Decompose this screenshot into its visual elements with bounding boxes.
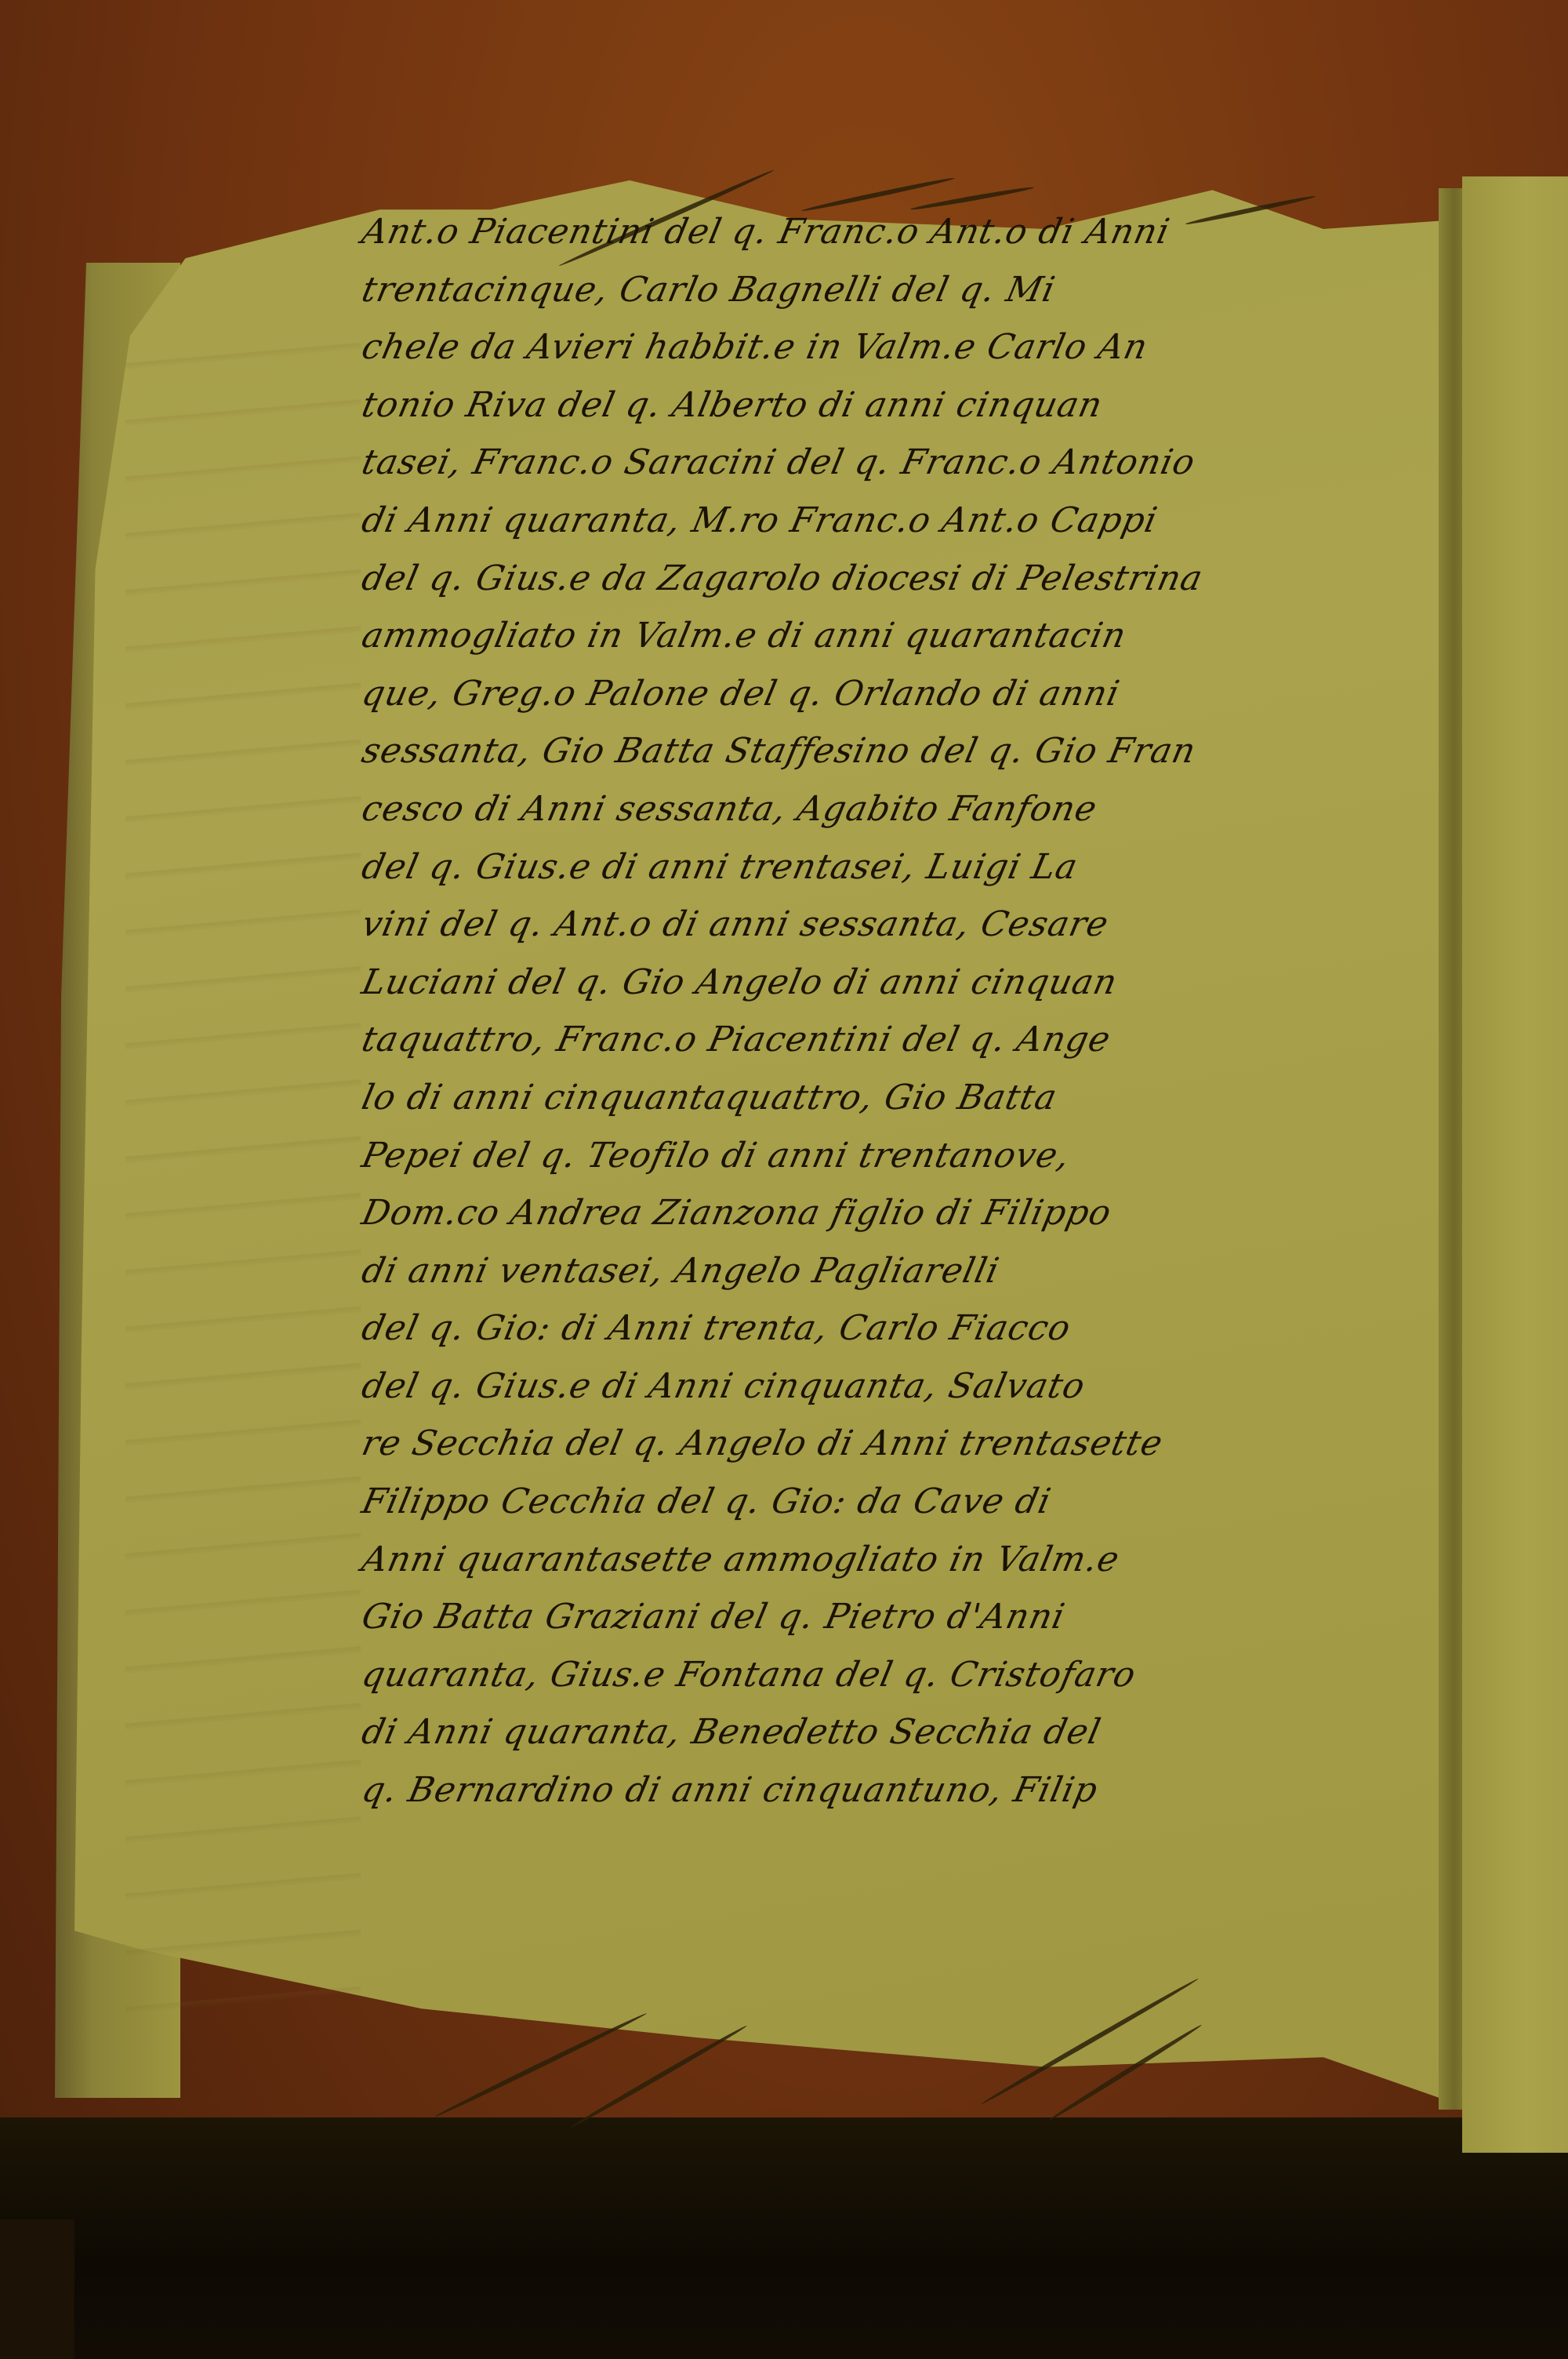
manuscript-line: di anni ventasei, Angelo Pagliarelli — [354, 1251, 1449, 1309]
ink-bleed-through-marks — [125, 314, 361, 2039]
manuscript-line: vini del q. Ant.o di anni sessanta, Cesa… — [354, 904, 1449, 962]
manuscript-line: cesco di Anni sessanta, Agabito Fanfone — [354, 789, 1449, 847]
manuscript-line: del q. Gius.e di anni trentasei, Luigi L… — [354, 847, 1449, 905]
manuscript-line: q. Bernardino di anni cinquantuno, Filip — [354, 1770, 1449, 1828]
manuscript-line: tonio Riva del q. Alberto di anni cinqua… — [354, 385, 1449, 443]
manuscript-line: di Anni quaranta, Benedetto Secchia del — [354, 1712, 1449, 1770]
manuscript-line: tasei, Franc.o Saracini del q. Franc.o A… — [354, 442, 1449, 500]
manuscript-line: del q. Gius.e da Zagarolo diocesi di Pel… — [354, 558, 1449, 616]
manuscript-line: Luciani del q. Gio Angelo di anni cinqua… — [354, 962, 1449, 1020]
manuscript-line: Anni quarantasette ammogliato in Valm.e — [354, 1539, 1449, 1598]
manuscript-line: Filippo Cecchia del q. Gio: da Cave di — [354, 1481, 1449, 1539]
manuscript-line: re Secchia del q. Angelo di Anni trentas… — [354, 1423, 1449, 1481]
manuscript-line: del q. Gius.e di Anni cinquanta, Salvato — [354, 1366, 1449, 1424]
adjacent-page-edge — [1462, 176, 1568, 2153]
manuscript-line: sessanta, Gio Batta Staffesino del q. Gi… — [354, 731, 1449, 789]
manuscript-line: Dom.co Andrea Zianzona figlio di Filippo — [354, 1193, 1449, 1251]
dark-corner-object — [0, 2219, 74, 2359]
manuscript-line: ammogliato in Valm.e di anni quarantacin — [354, 616, 1449, 674]
manuscript-line: Pepei del q. Teofilo di anni trentanove, — [354, 1136, 1449, 1194]
manuscript-line: Ant.o Piacentini del q. Franc.o Ant.o di… — [354, 212, 1449, 270]
dark-foreground-strip — [0, 2117, 1568, 2359]
manuscript-line: del q. Gio: di Anni trenta, Carlo Fiacco — [354, 1308, 1449, 1366]
manuscript-line: taquattro, Franc.o Piacentini del q. Ang… — [354, 1020, 1449, 1078]
manuscript-line: quaranta, Gius.e Fontana del q. Cristofa… — [354, 1655, 1449, 1713]
manuscript-line: chele da Avieri habbit.e in Valm.e Carlo… — [354, 327, 1449, 385]
manuscript-line: di Anni quaranta, M.ro Franc.o Ant.o Cap… — [354, 500, 1449, 558]
manuscript-line: Gio Batta Graziani del q. Pietro d'Anni — [354, 1597, 1449, 1655]
manuscript-text: Ant.o Piacentini del q. Franc.o Ant.o di… — [361, 212, 1443, 1828]
manuscript-line: lo di anni cinquantaquattro, Gio Batta — [354, 1078, 1449, 1136]
manuscript-line: que, Greg.o Palone del q. Orlando di ann… — [354, 674, 1449, 732]
manuscript-line: trentacinque, Carlo Bagnelli del q. Mi — [354, 270, 1449, 328]
